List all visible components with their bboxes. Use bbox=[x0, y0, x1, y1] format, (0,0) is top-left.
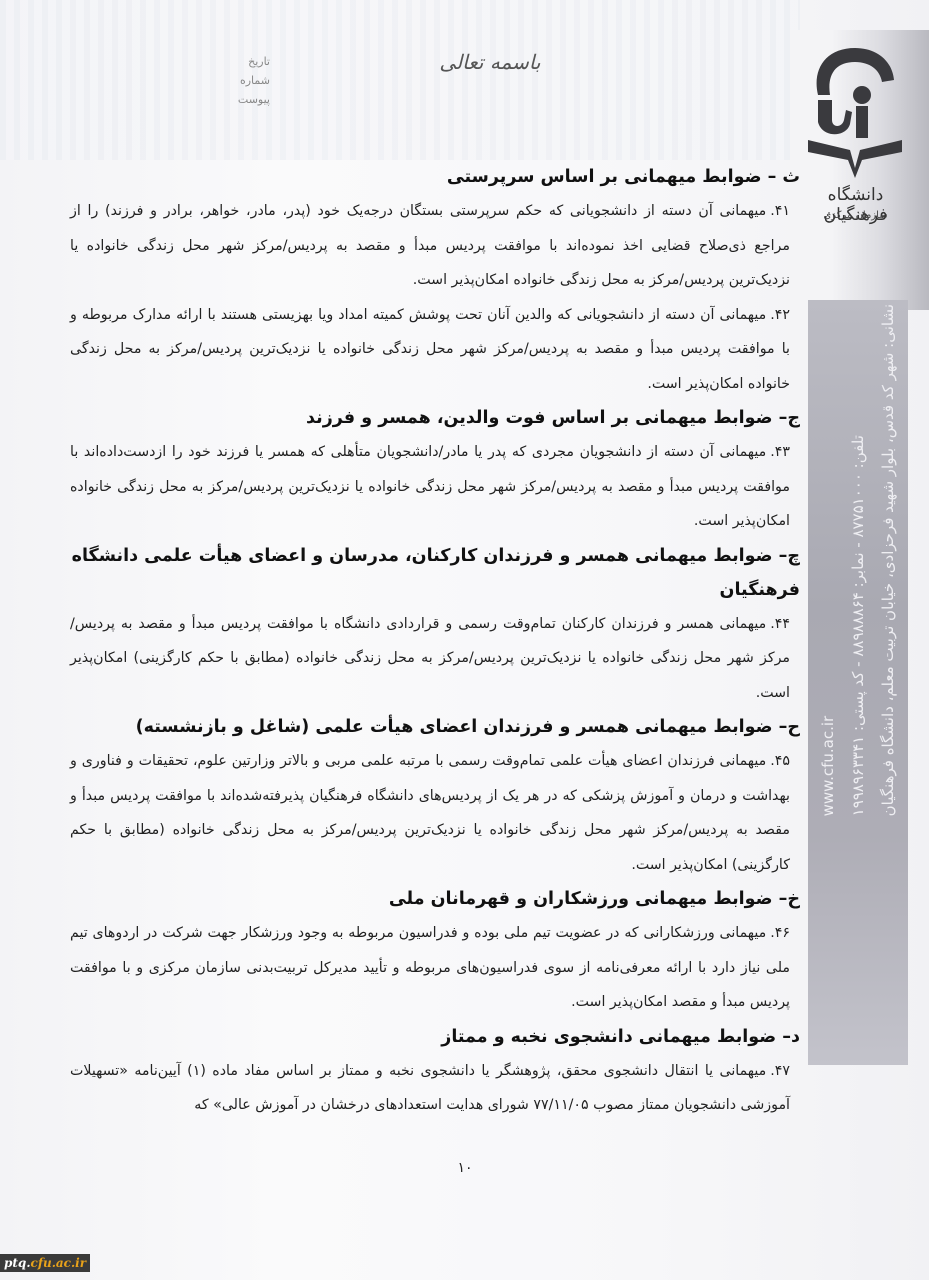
clause-45: ۴۵.میهمانی فرزندان اعضای هیأت علمی تمام‌… bbox=[70, 744, 800, 882]
page-number: ۱۰ bbox=[455, 1160, 475, 1176]
meta-number-label: شماره bbox=[210, 71, 270, 90]
section-guardianship: ث – ضوابط میهمانی بر اساس سرپرستی ۴۱.میه… bbox=[70, 160, 800, 401]
document-body: ث – ضوابط میهمانی بر اساس سرپرستی ۴۱.میه… bbox=[70, 160, 800, 1123]
clause-44: ۴۴.میهمانی همسر و فرزندان کارکنان تمام‌و… bbox=[70, 607, 800, 711]
section-staff-families: چ– ضوابط میهمانی همسر و فرزندان کارکنان،… bbox=[70, 539, 800, 711]
section-heading: چ– ضوابط میهمانی همسر و فرزندان کارکنان،… bbox=[70, 539, 800, 607]
address-sidebar-text: نشانی: شهر کد قدس، بلوار شهید فرحزادی، خ… bbox=[808, 300, 908, 820]
sidebar-phone: تلفن: ۸۷۷۵۱۰۰۰ - نمابر: ۸۸۹۸۸۸۶۴ - کد پس… bbox=[843, 304, 873, 816]
section-elite-students: د– ضوابط میهمانی دانشجوی نخبه و ممتاز ۴۷… bbox=[70, 1020, 800, 1123]
clause-41: ۴۱.میهمانی آن دسته از دانشجویانی که حکم … bbox=[70, 194, 800, 298]
section-heading: ح– ضوابط میهمانی همسر و فرزندان اعضای هی… bbox=[70, 710, 800, 744]
site-watermark: ptq.cfu.ac.ir bbox=[0, 1254, 90, 1272]
meta-attachment-label: پیوست bbox=[210, 90, 270, 109]
section-heading: ث – ضوابط میهمانی بر اساس سرپرستی bbox=[70, 160, 800, 194]
section-athletes: خ– ضوابط میهمانی ورزشکاران و قهرمانان مل… bbox=[70, 882, 800, 1020]
university-logo-icon bbox=[800, 40, 910, 180]
section-heading: د– ضوابط میهمانی دانشجوی نخبه و ممتاز bbox=[70, 1020, 800, 1054]
clause-47: ۴۷.میهمانی یا انتقال دانشجوی محقق، پژوهش… bbox=[70, 1054, 800, 1123]
clause-43: ۴۳.میهمانی آن دسته از دانشجویان مجردی که… bbox=[70, 435, 800, 539]
sidebar-address: نشانی: شهر کد قدس، بلوار شهید فرحزادی، خ… bbox=[873, 304, 903, 816]
scan-noise-band bbox=[0, 0, 800, 160]
clause-46: ۴۶.میهمانی ورزشکارانی که در عضویت تیم مل… bbox=[70, 916, 800, 1020]
section-faculty-families: ح– ضوابط میهمانی همسر و فرزندان اعضای هی… bbox=[70, 710, 800, 882]
letter-meta: تاریخ شماره پیوست bbox=[210, 52, 270, 109]
bismillah-heading: باسمه تعالی bbox=[430, 50, 550, 74]
meta-date-label: تاریخ bbox=[210, 52, 270, 71]
university-subtitle: سازمان مرکزی bbox=[798, 210, 913, 221]
section-heading: ج– ضوابط میهمانی بر اساس فوت والدین، همس… bbox=[70, 401, 800, 435]
sidebar-website: www.cfu.ac.ir bbox=[813, 304, 843, 816]
clause-42: ۴۲.میهمانی آن دسته از دانشجویانی که والد… bbox=[70, 298, 800, 402]
section-bereavement: ج– ضوابط میهمانی بر اساس فوت والدین، همس… bbox=[70, 401, 800, 539]
section-heading: خ– ضوابط میهمانی ورزشکاران و قهرمانان مل… bbox=[70, 882, 800, 916]
